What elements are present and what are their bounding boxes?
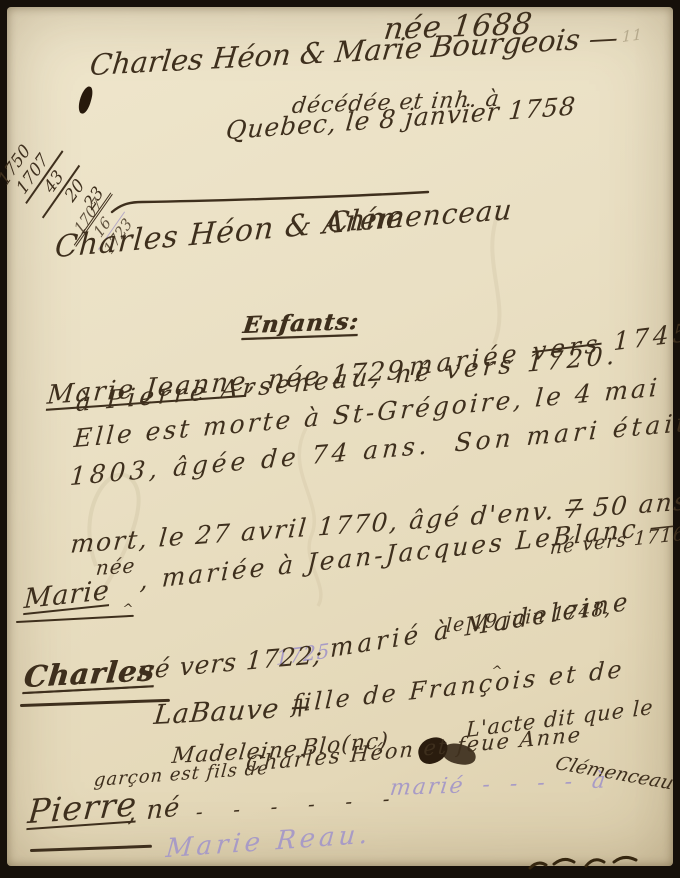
corner-page-mark: 11 <box>622 25 643 46</box>
child-charles-name: Charles <box>22 653 156 694</box>
child-pierre-birth: , né <box>127 792 181 828</box>
child-pierre-name: Pierre <box>26 784 139 831</box>
